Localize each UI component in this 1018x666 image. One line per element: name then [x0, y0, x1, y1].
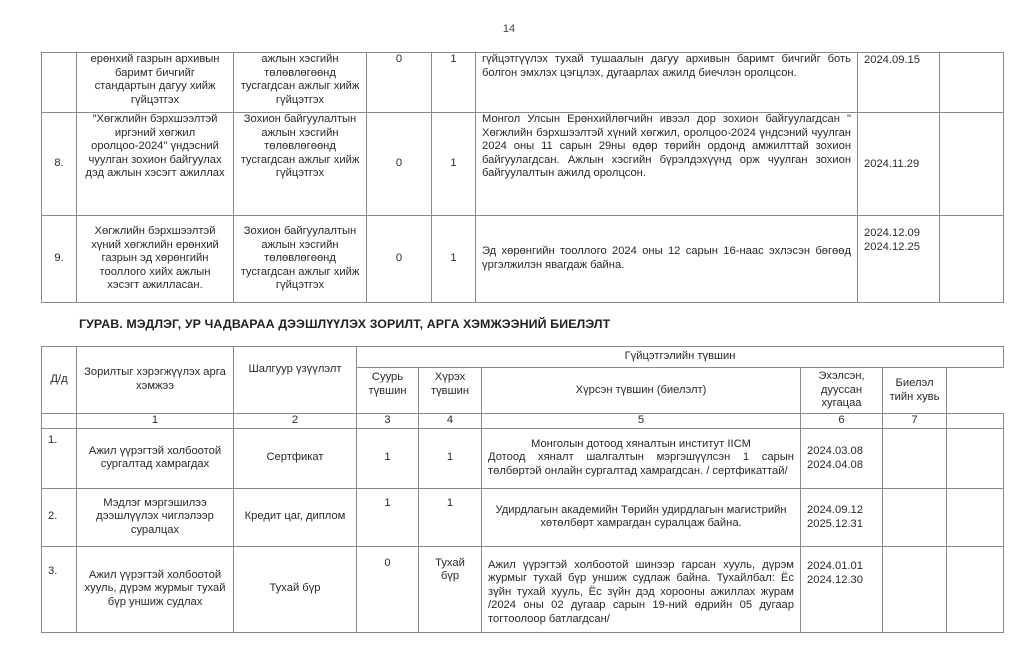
result-cell: Эд хөрөнгийн тооллого 2024 оны 12 сарын … — [476, 216, 858, 303]
column-number: 1 — [77, 414, 234, 429]
result-cell: Удирдлагын академийн Төрийн удирдлагын м… — [482, 488, 801, 546]
column-number-row: 1 2 3 4 5 6 7 — [42, 414, 1004, 429]
base-level-cell: 0 — [357, 546, 419, 632]
end-date: 2024.04.08 — [807, 458, 876, 472]
row-number: 2. — [42, 488, 77, 546]
result-cell: Монголын дотоод хяналтын институт IICM Д… — [482, 428, 801, 488]
base-level-cell: 0 — [367, 53, 432, 113]
percent-cell — [940, 113, 1004, 216]
result-line: Монголын дотоод хяналтын институт IICM — [488, 438, 794, 452]
row-number: 9. — [42, 216, 77, 303]
end-date: 2025.12.31 — [807, 517, 876, 531]
percent-cell — [883, 428, 947, 488]
target-level-cell: 1 — [432, 53, 476, 113]
header-percent: Биелэл тийн хувь — [883, 368, 947, 414]
header-row: Д/д Зорилтыг хэрэгжүүлэх арга хэмжээ Шал… — [42, 347, 1004, 368]
target-level-cell: 1 — [432, 216, 476, 303]
header-target-level: Хүрэх түвшин — [419, 368, 482, 414]
dates-cell: 2024.09.15 — [858, 53, 940, 113]
end-date: 2024.12.30 — [807, 573, 876, 587]
end-date: 2024.12.25 — [864, 240, 933, 254]
page-number: 14 — [0, 23, 1018, 35]
criteria-cell: Зохион байгуулалтын ажлын хэсгийн төлөвл… — [234, 216, 367, 303]
target-level-cell: 1 — [419, 488, 482, 546]
start-date: 2024.01.01 — [807, 559, 876, 573]
start-date: 2024.12.09 — [864, 226, 933, 240]
dates-cell: 2024.03.08 2024.04.08 — [801, 428, 883, 488]
dates-cell: 2024.12.09 2024.12.25 — [858, 216, 940, 303]
task-cell: Ажил үүрэгтэй холбоотой сургалтад хамраг… — [77, 428, 234, 488]
column-number: 7 — [883, 414, 947, 429]
skills-development-table: Д/д Зорилтыг хэрэгжүүлэх арга хэмжээ Шал… — [41, 346, 1004, 633]
criteria-cell: Сертфикат — [234, 428, 357, 488]
header-dates: Эхэлсэн, дууссан хугацаа — [801, 368, 883, 414]
criteria-cell: Зохион байгуулалтын ажлын хэсгийн төлөвл… — [234, 113, 367, 216]
header-num: Д/д — [42, 347, 77, 414]
start-date: 2024.03.08 — [807, 444, 876, 458]
start-date: 2024.09.12 — [807, 503, 876, 517]
criteria-cell: Тухай бүр — [234, 546, 357, 632]
task-cell: ерөнхий газрын архивын баримт бичгийг ст… — [77, 53, 234, 113]
row-number: 8. — [42, 113, 77, 216]
result-cell: Монгол Улсын Ерөнхийлөгчийн ивээл дор зо… — [476, 113, 858, 216]
column-number-blank — [947, 414, 1004, 429]
row-number: 3. — [42, 546, 77, 632]
row-number — [42, 53, 77, 113]
base-level-cell: 0 — [367, 216, 432, 303]
task-cell: Ажил үүрэгтэй холбоотой хууль, дүрэм жур… — [77, 546, 234, 632]
extra-cell — [947, 428, 1004, 488]
result-line: Дотоод хяналт шалгалтын мэргэшүүлсэн 1 с… — [488, 451, 794, 478]
percent-cell — [883, 546, 947, 632]
task-cell: Хөгжлийн бэрхшээлтэй хүний хөгжлийн ерөн… — [77, 216, 234, 303]
header-base-level: Суурь түвшин — [357, 368, 419, 414]
column-number: 5 — [482, 414, 801, 429]
header-task: Зорилтыг хэрэгжүүлэх арга хэмжээ — [77, 347, 234, 414]
task-cell: "Хөгжлийн бэрхшээлтэй иргэний хөгжил оро… — [77, 113, 234, 216]
header-performance-level: Гүйцэтгэлийн түвшин — [357, 347, 1004, 368]
column-number: 6 — [801, 414, 883, 429]
table-row: 8. "Хөгжлийн бэрхшээлтэй иргэний хөгжил … — [42, 113, 1004, 216]
dates-cell: 2024.09.12 2025.12.31 — [801, 488, 883, 546]
percent-cell — [940, 53, 1004, 113]
result-cell: Ажил үүрэгтэй холбоотой шинээр гарсан ху… — [482, 546, 801, 632]
achievement-table-continued: ерөнхий газрын архивын баримт бичгийг ст… — [41, 52, 1004, 303]
table-row: 3. Ажил үүрэгтэй холбоотой хууль, дүрэм … — [42, 546, 1004, 632]
column-number: 2 — [234, 414, 357, 429]
column-number: 4 — [419, 414, 482, 429]
extra-cell — [947, 488, 1004, 546]
percent-cell — [883, 488, 947, 546]
target-level-cell: 1 — [432, 113, 476, 216]
date-value: 2024.11.29 — [864, 157, 933, 171]
base-level-cell: 1 — [357, 488, 419, 546]
column-number-blank — [42, 414, 77, 429]
target-level-cell: Тухай бүр — [419, 546, 482, 632]
section-title: ГУРАВ. МЭДЛЭГ, УР ЧАДВАРАА ДЭЭШЛҮҮЛЭХ ЗО… — [79, 317, 610, 331]
criteria-cell: ажлын хэсгийн төлөвлөгөөнд тусгагдсан аж… — [234, 53, 367, 113]
table-row: 1. Ажил үүрэгтэй холбоотой сургалтад хам… — [42, 428, 1004, 488]
task-cell: Мэдлэг мэргэшилээ дээшлүүлэх чиглэлээр с… — [77, 488, 234, 546]
column-number: 3 — [357, 414, 419, 429]
header-result: Хүрсэн түвшин (биелэлт) — [482, 368, 801, 414]
base-level-cell: 1 — [357, 428, 419, 488]
extra-cell — [947, 546, 1004, 632]
target-level-cell: 1 — [419, 428, 482, 488]
dates-cell: 2024.01.01 2024.12.30 — [801, 546, 883, 632]
dates-cell: 2024.11.29 — [858, 113, 940, 216]
table-row: 9. Хөгжлийн бэрхшээлтэй хүний хөгжлийн е… — [42, 216, 1004, 303]
percent-cell — [940, 216, 1004, 303]
criteria-cell: Кредит цаг, диплом — [234, 488, 357, 546]
table-row: 2. Мэдлэг мэргэшилээ дээшлүүлэх чиглэлээ… — [42, 488, 1004, 546]
header-criteria: Шалгуур үзүүлэлт — [234, 347, 357, 414]
base-level-cell: 0 — [367, 113, 432, 216]
result-cell: гүйцэтгүүлэх тухай тушаалын дагуу архивы… — [476, 53, 858, 113]
row-number: 1. — [42, 428, 77, 488]
date-value: 2024.09.15 — [864, 53, 933, 67]
table-row: ерөнхий газрын архивын баримт бичгийг ст… — [42, 53, 1004, 113]
